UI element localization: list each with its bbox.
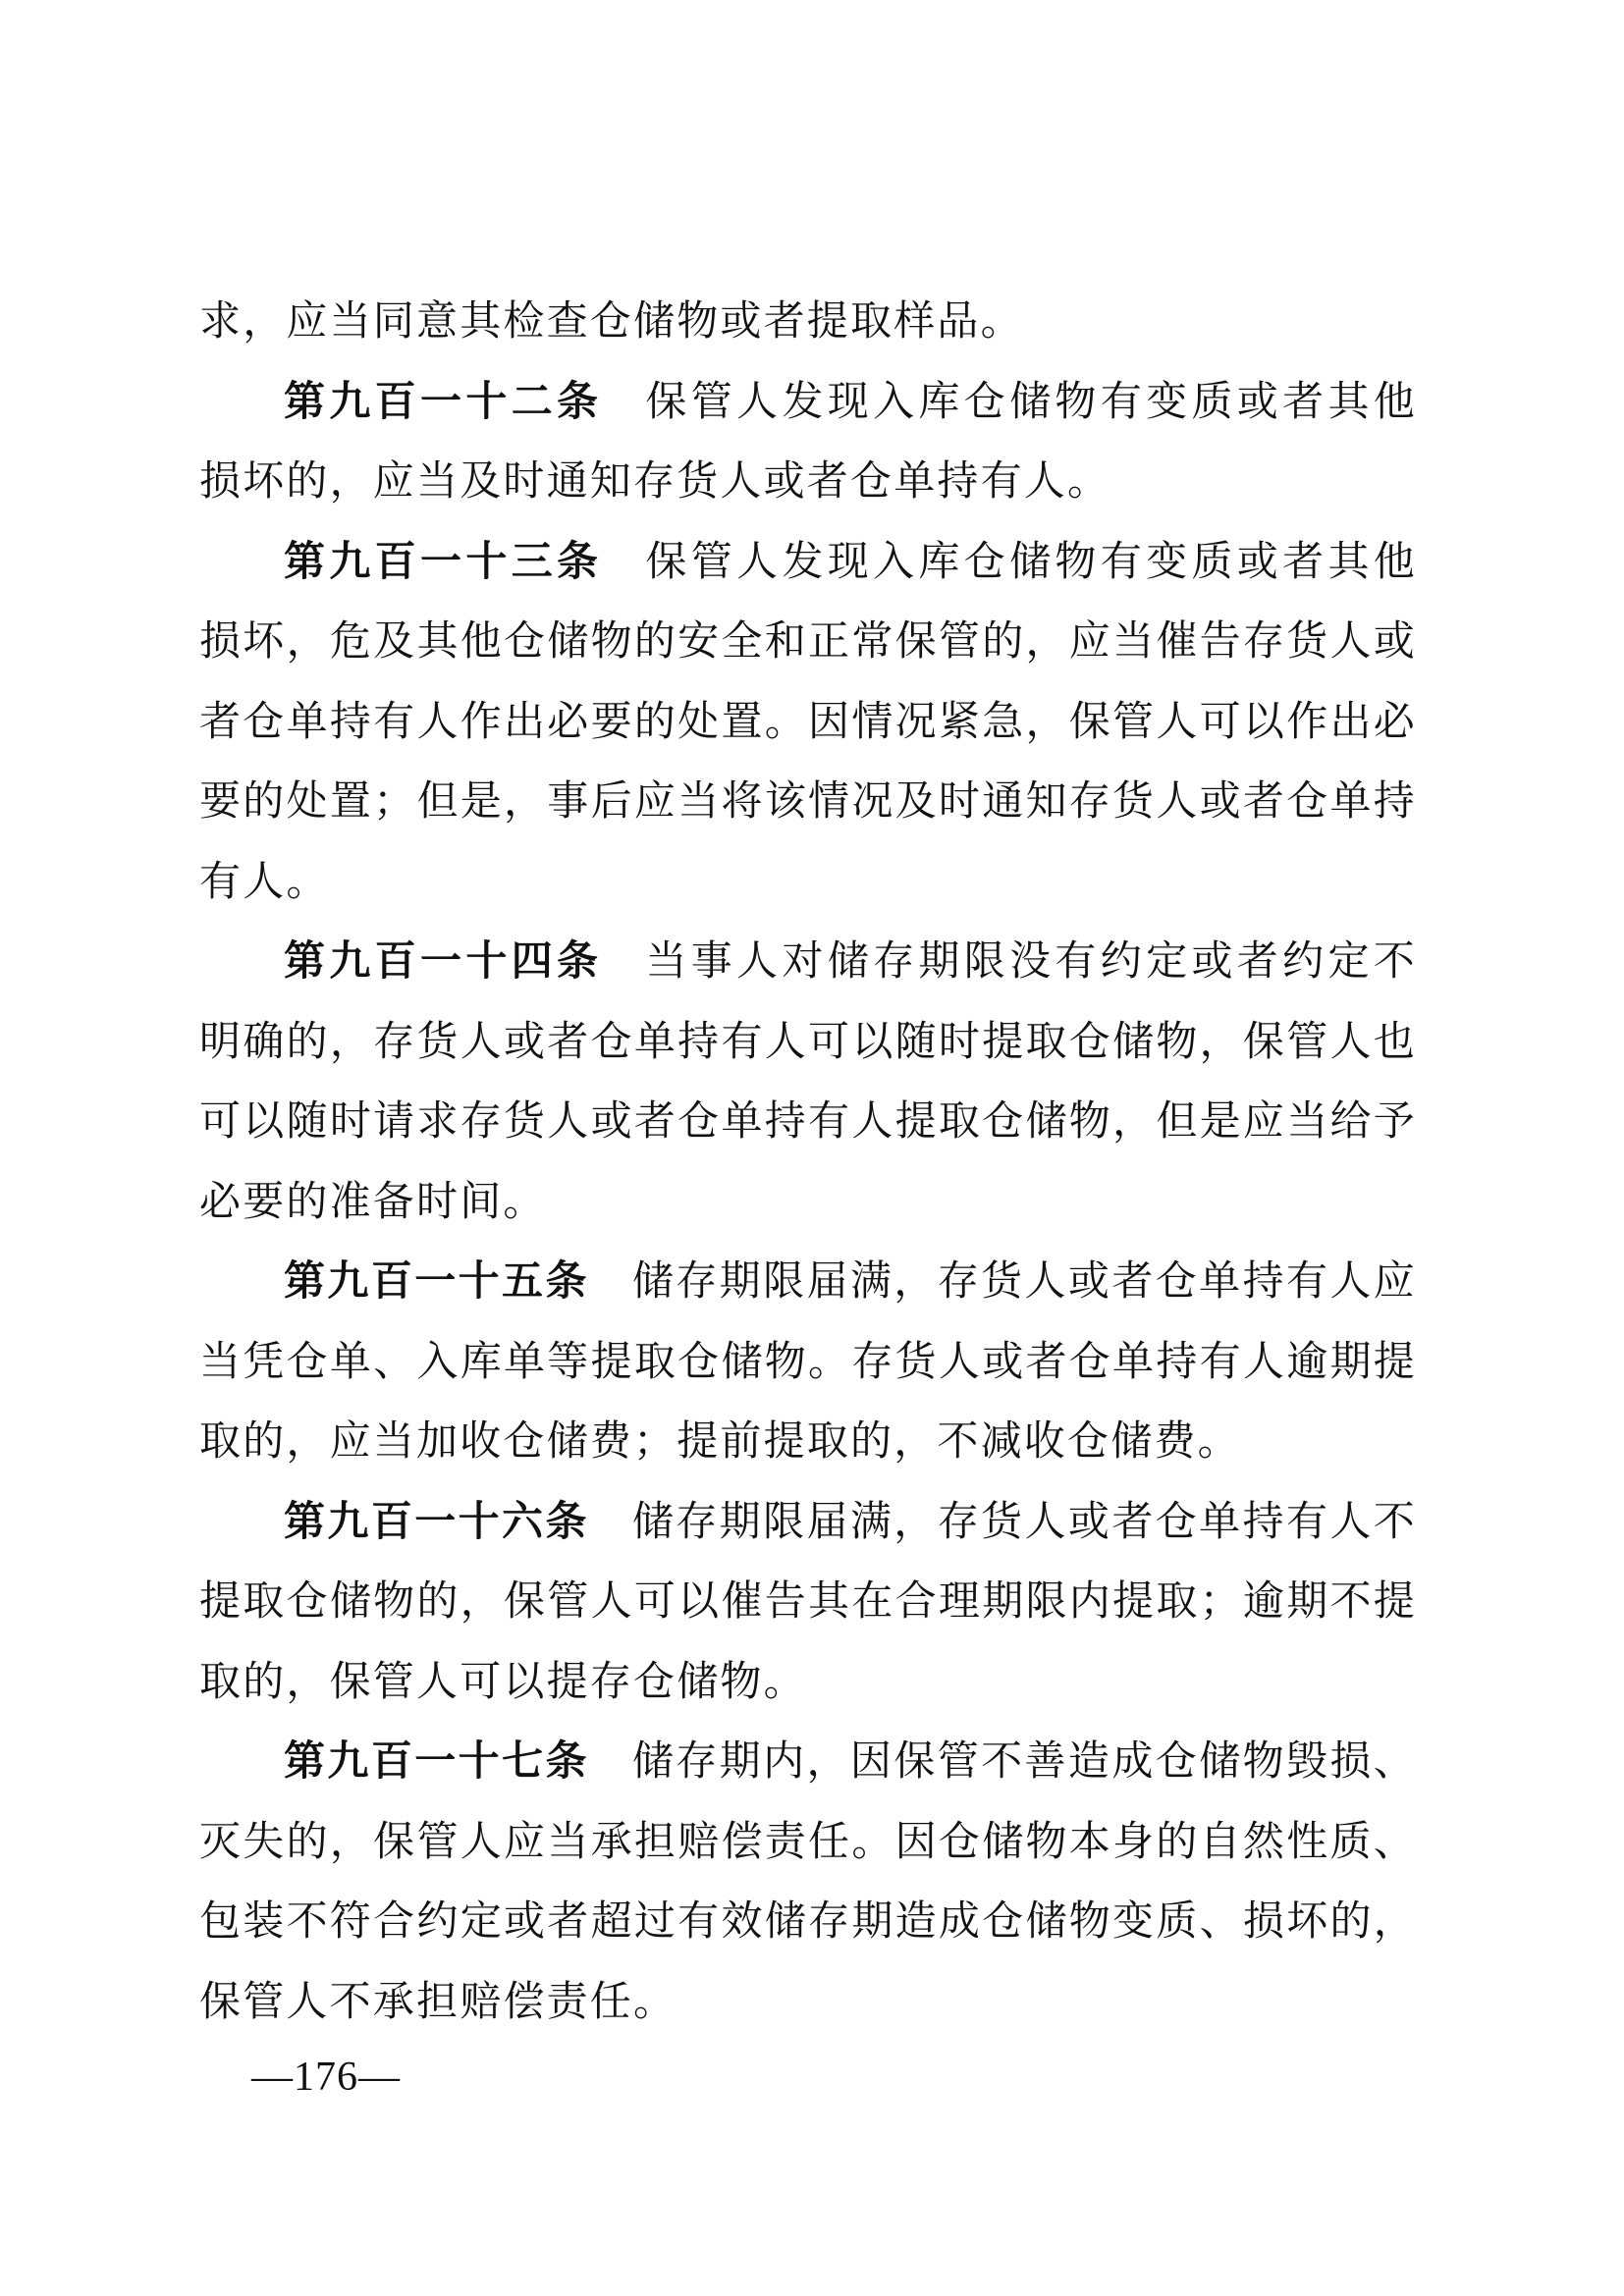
text-line: 取的，应当加收仓储费；提前提取的，不减收仓储费。 bbox=[199, 1403, 1417, 1483]
page-number: —176— bbox=[251, 2050, 401, 2105]
line-text: 当事人对储存期限没有约定或者约定不 bbox=[645, 939, 1417, 985]
text-line: 求，应当同意其检查仓储物或者提取样品。 bbox=[199, 283, 1417, 363]
line-text: 当凭仓单、入库单等提取仓储物。存货人或者仓单持有人逾期提 bbox=[199, 1340, 1417, 1385]
article-heading-line: 第九百一十四条当事人对储存期限没有约定或者约定不 bbox=[199, 923, 1417, 1003]
text-line: 损坏的，应当及时通知存货人或者仓单持有人。 bbox=[199, 443, 1417, 523]
line-text: 保管人不承担赔偿责任。 bbox=[199, 1980, 677, 2025]
line-text: 必要的准备时间。 bbox=[199, 1180, 547, 1225]
article-number: 第九百一十七条 bbox=[284, 1739, 589, 1785]
line-text: 明确的，存货人或者仓单持有人可以随时提取仓储物，保管人也 bbox=[199, 1020, 1417, 1065]
line-text: 要的处置；但是，事后应当将该情况及时通知存货人或者仓单持 bbox=[199, 779, 1417, 825]
text-line: 提取仓储物的，保管人可以催告其在合理期限内提取；逾期不提 bbox=[199, 1563, 1417, 1643]
article-number: 第九百一十三条 bbox=[284, 540, 602, 585]
text-line: 取的，保管人可以提存仓储物。 bbox=[199, 1643, 1417, 1724]
text-line: 可以随时请求存货人或者仓单持有人提取仓储物，但是应当给予 bbox=[199, 1083, 1417, 1163]
article-number: 第九百一十四条 bbox=[284, 939, 602, 985]
article-heading-line: 第九百一十六条储存期限届满，存货人或者仓单持有人不 bbox=[199, 1483, 1417, 1564]
text-line: 损坏，危及其他仓储物的安全和正常保管的，应当催告存货人或 bbox=[199, 603, 1417, 683]
line-text: 可以随时请求存货人或者仓单持有人提取仓储物，但是应当给予 bbox=[199, 1099, 1417, 1145]
article-heading-line: 第九百一十七条储存期内，因保管不善造成仓储物毁损、 bbox=[199, 1723, 1417, 1803]
line-text: 包装不符合约定或者超过有效储存期造成仓储物变质、损坏的， bbox=[199, 1899, 1417, 1945]
line-text: 取的，应当加收仓储费；提前提取的，不减收仓储费。 bbox=[199, 1419, 1241, 1465]
article-number: 第九百一十五条 bbox=[284, 1259, 589, 1305]
article-heading-line: 第九百一十五条储存期限届满，存货人或者仓单持有人应 bbox=[199, 1243, 1417, 1323]
text-line: 灭失的，保管人应当承担赔偿责任。因仓储物本身的自然性质、 bbox=[199, 1803, 1417, 1884]
line-text: 保管人发现入库仓储物有变质或者其他 bbox=[645, 540, 1417, 585]
line-text: 储存期内，因保管不善造成仓储物毁损、 bbox=[632, 1739, 1417, 1785]
line-text: 有人。 bbox=[199, 860, 330, 905]
line-text: 储存期限届满，存货人或者仓单持有人应 bbox=[632, 1259, 1417, 1305]
article-heading-line: 第九百一十三条保管人发现入库仓储物有变质或者其他 bbox=[199, 523, 1417, 604]
article-number: 第九百一十二条 bbox=[284, 380, 602, 425]
document-page: 求，应当同意其检查仓储物或者提取样品。 第九百一十二条保管人发现入库仓储物有变质… bbox=[0, 0, 1624, 2296]
text-line: 当凭仓单、入库单等提取仓储物。存货人或者仓单持有人逾期提 bbox=[199, 1323, 1417, 1404]
line-text: 损坏的，应当及时通知存货人或者仓单持有人。 bbox=[199, 459, 1110, 505]
line-text: 取的，保管人可以提存仓储物。 bbox=[199, 1660, 807, 1705]
text-line: 保管人不承担赔偿责任。 bbox=[199, 1963, 1417, 2044]
article-number: 第九百一十六条 bbox=[284, 1500, 589, 1545]
text-line: 包装不符合约定或者超过有效储存期造成仓储物变质、损坏的， bbox=[199, 1883, 1417, 1963]
text-line: 必要的准备时间。 bbox=[199, 1163, 1417, 1244]
line-text: 储存期限届满，存货人或者仓单持有人不 bbox=[632, 1500, 1417, 1545]
line-text: 者仓单持有人作出必要的处置。因情况紧急，保管人可以作出必 bbox=[199, 700, 1417, 745]
document-body: 求，应当同意其检查仓储物或者提取样品。 第九百一十二条保管人发现入库仓储物有变质… bbox=[199, 283, 1417, 2043]
text-line: 有人。 bbox=[199, 843, 1417, 924]
line-text: 灭失的，保管人应当承担赔偿责任。因仓储物本身的自然性质、 bbox=[199, 1820, 1417, 1865]
text-line: 要的处置；但是，事后应当将该情况及时通知存货人或者仓单持 bbox=[199, 763, 1417, 843]
line-text: 求，应当同意其检查仓储物或者提取样品。 bbox=[199, 299, 1024, 345]
line-text: 提取仓储物的，保管人可以催告其在合理期限内提取；逾期不提 bbox=[199, 1579, 1417, 1625]
line-text: 保管人发现入库仓储物有变质或者其他 bbox=[645, 380, 1417, 425]
line-text: 损坏，危及其他仓储物的安全和正常保管的，应当催告存货人或 bbox=[199, 619, 1417, 665]
article-heading-line: 第九百一十二条保管人发现入库仓储物有变质或者其他 bbox=[199, 363, 1417, 444]
text-line: 明确的，存货人或者仓单持有人可以随时提取仓储物，保管人也 bbox=[199, 1003, 1417, 1084]
text-line: 者仓单持有人作出必要的处置。因情况紧急，保管人可以作出必 bbox=[199, 683, 1417, 764]
